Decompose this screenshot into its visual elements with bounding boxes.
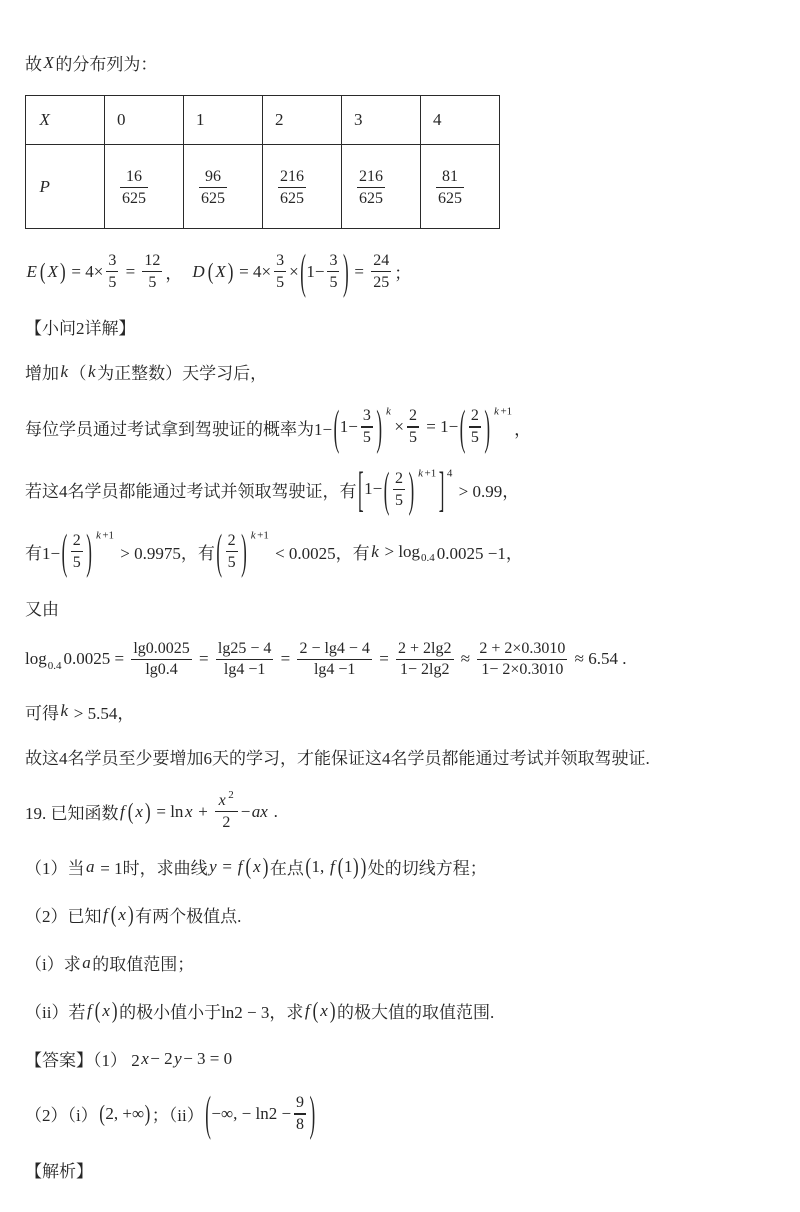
text: 625 — [280, 190, 304, 208]
fraction-denominator: 5 — [407, 429, 419, 447]
text: （ — [70, 359, 87, 384]
text: 5 — [471, 429, 479, 447]
text: 625 — [201, 190, 225, 208]
text: > log — [380, 542, 420, 562]
bracket-group: (1) — [337, 857, 359, 877]
fraction: 25 — [71, 532, 83, 571]
line-answer-2: （2）（i）(2, +∞)；（ii）(−∞, − ln2 −98) — [25, 1094, 770, 1133]
math-variable: k — [249, 531, 257, 542]
math-variable: x — [252, 857, 263, 877]
fraction-denominator: 8 — [294, 1116, 306, 1134]
line-subq2-header: 【小问2详解】 — [25, 314, 770, 339]
text: +1 — [425, 468, 437, 479]
group-body: 25 — [223, 532, 241, 571]
table-cell: 1 — [184, 96, 263, 145]
text: lg4 −1 — [314, 661, 355, 679]
math-variable: a — [85, 857, 97, 877]
bracket-group: (x) — [94, 1001, 118, 1021]
group-body: 1 — [344, 857, 353, 877]
fraction-denominator: 2 — [220, 814, 232, 832]
text: （1）当 — [25, 854, 85, 879]
math-variable: k — [59, 362, 70, 382]
fraction-denominator: 1− 2lg2 — [398, 661, 451, 679]
fraction: 16625 — [120, 168, 148, 207]
line-youyou: 又由 — [25, 595, 770, 620]
line-k-result: 可得k > 5.54， — [25, 699, 770, 724]
fraction-bar — [278, 187, 306, 188]
text: 625 — [438, 190, 462, 208]
open-delimiter: ( — [337, 855, 344, 878]
text: = — [195, 649, 213, 669]
math-variable: ax — [250, 802, 269, 822]
text: 5 — [73, 554, 81, 572]
text: lg0.0025 — [133, 640, 189, 658]
superscript: 4 — [447, 468, 453, 479]
math-variable: y — [173, 1049, 184, 1069]
text: ， — [165, 259, 191, 284]
open-delimiter: ( — [207, 260, 214, 283]
fraction-bar — [407, 426, 419, 427]
close-delimiter: ) — [484, 403, 491, 452]
text: . — [269, 802, 278, 822]
bracket-group: (25) — [383, 470, 414, 509]
text: 0 — [117, 110, 126, 130]
fraction-numerator: lg0.0025 — [131, 640, 191, 658]
open-delimiter: ( — [312, 999, 319, 1022]
text: 216 — [280, 168, 304, 186]
text: 3 — [108, 252, 116, 270]
open-delimiter: ( — [383, 465, 390, 514]
math-variable: f — [119, 802, 127, 822]
text: ；（ii） — [152, 1101, 204, 1126]
text: = 4× — [67, 262, 103, 282]
open-delimiter: ( — [99, 1102, 106, 1125]
text: ； — [394, 259, 411, 284]
open-delimiter: ( — [300, 247, 307, 296]
text: = — [121, 262, 139, 282]
text: 216 — [359, 168, 383, 186]
close-delimiter: ) — [59, 260, 66, 283]
superscript: k+1 — [94, 531, 114, 542]
text: ， — [514, 415, 531, 440]
text: 1 — [196, 110, 205, 130]
group-body: 1, f(1) — [312, 857, 361, 877]
open-delimiter: ( — [459, 403, 466, 452]
text: 1− — [340, 417, 358, 437]
text: 若这4名学员都能通过考试并领取驾驶证，有 — [25, 477, 357, 502]
table-cell: 81625 — [421, 145, 500, 229]
close-delimiter: ) — [342, 247, 349, 296]
text: = ln — [152, 802, 183, 822]
text: = 4× — [235, 262, 271, 282]
text: × — [289, 262, 299, 282]
fraction: 2 + 2lg21− 2lg2 — [396, 640, 453, 679]
text: 8 — [296, 1116, 304, 1134]
fraction-denominator: 25 — [371, 274, 391, 292]
fraction-denominator: 5 — [393, 492, 405, 510]
text: 为正整数）天学习后， — [97, 359, 267, 384]
text: +1 — [102, 531, 114, 542]
fraction-bar — [215, 811, 238, 812]
bracket-group: (X) — [207, 262, 234, 282]
math-variable: k — [94, 531, 102, 542]
fraction-bar — [120, 187, 148, 188]
fraction-denominator: 5 — [361, 429, 373, 447]
group-body: x — [134, 802, 145, 822]
line-answer-1: 【答案】（1） 2x− 2y− 3 = 0 — [25, 1046, 770, 1071]
fraction-bar — [297, 659, 372, 660]
fraction-numerator: 2 — [393, 470, 405, 488]
text: 增加 — [25, 359, 59, 384]
fraction-bar — [71, 551, 83, 552]
table-cell: X — [26, 96, 105, 145]
text: 3 — [354, 110, 363, 130]
text: 5 — [276, 274, 284, 292]
text: 0.4 — [421, 553, 435, 564]
fraction-denominator: lg0.4 — [143, 661, 179, 679]
math-variable: y — [208, 857, 219, 877]
subscript: 0.4 — [421, 553, 435, 564]
math-variable: k — [59, 701, 70, 721]
text: + — [194, 802, 212, 822]
fraction: 25 — [226, 532, 238, 571]
bracket-group: (25) — [61, 532, 92, 571]
line-analysis-header: 【解析】 — [25, 1157, 770, 1182]
table-cell: P — [26, 145, 105, 229]
math-variable: x — [117, 905, 128, 925]
fraction-denominator: lg4 −1 — [222, 661, 267, 679]
fraction-numerator: 3 — [361, 407, 373, 425]
group-body: x — [319, 1001, 330, 1021]
fraction: 98 — [294, 1094, 306, 1133]
bracket-group: (−∞, − ln2 −98) — [205, 1094, 316, 1133]
math-variable: f — [329, 857, 337, 877]
fraction-numerator: 2 — [226, 532, 238, 550]
math-variable: x — [217, 792, 227, 810]
document-body: 故X的分布列为：X01234P1662596625216625216625816… — [25, 50, 770, 1182]
text: 的极大值的取值范围. — [337, 998, 494, 1023]
bracket-group: [1−(25)k+1] — [358, 470, 445, 509]
group-body: X — [214, 262, 227, 282]
fraction-numerator: 2 — [71, 532, 83, 550]
math-variable: k — [417, 468, 425, 479]
text: 2 — [228, 532, 236, 550]
group-body: 25 — [390, 470, 408, 509]
fraction: 35 — [274, 252, 286, 291]
bracket-group: (x) — [245, 857, 269, 877]
math-variable: k — [87, 362, 98, 382]
close-delimiter: ) — [408, 465, 415, 514]
text: 1− 2lg2 — [400, 661, 449, 679]
text: 的分布列为： — [55, 50, 157, 75]
group-body: 25 — [68, 532, 86, 571]
fraction: lg0.0025lg0.4 — [131, 640, 191, 679]
open-delimiter: ( — [333, 403, 340, 452]
math-variable: x — [140, 1049, 151, 1069]
text: − 2 — [150, 1049, 172, 1069]
fraction-numerator: 3 — [327, 252, 339, 270]
math-variable: x — [319, 1001, 330, 1021]
close-delimiter: ] — [438, 465, 445, 514]
fraction-bar — [142, 271, 162, 272]
superscript: k — [385, 406, 393, 417]
group-body: 1−(25)k+1 — [364, 470, 438, 509]
fraction-bar — [274, 271, 286, 272]
group-body: X — [46, 262, 59, 282]
text: 2, +∞ — [105, 1104, 144, 1124]
line-q19-part1: （1）当a = 1时，求曲线y = f(x)在点(1, f(1))处的切线方程； — [25, 854, 770, 879]
fraction-bar — [469, 426, 481, 427]
bracket-group: (x) — [127, 802, 151, 822]
group-body: −∞, − ln2 −98 — [211, 1094, 309, 1133]
text: 2 − lg4 − 4 — [299, 640, 370, 658]
fraction-numerator: 12 — [142, 252, 162, 270]
text: = 1时，求曲线 — [96, 854, 208, 879]
fraction-bar — [327, 271, 339, 272]
text: log — [25, 649, 47, 669]
superscript: k+1 — [249, 531, 269, 542]
math-variable: k — [493, 406, 501, 417]
text: − — [241, 802, 251, 822]
fraction-numerator: 216 — [278, 168, 306, 186]
text: ≈ 6.54 . — [570, 649, 626, 669]
fraction-bar — [371, 271, 391, 272]
text: lg4 −1 — [224, 661, 265, 679]
math-variable: X — [214, 262, 227, 282]
text: 24 — [373, 252, 389, 270]
superscript: k+1 — [493, 406, 513, 417]
document-page: 故X的分布列为：X01234P1662596625216625216625816… — [25, 50, 770, 1182]
text: × — [394, 417, 404, 437]
group-body: x — [252, 857, 263, 877]
fraction: 35 — [106, 252, 118, 291]
fraction-numerator: 2 + 2lg2 — [396, 640, 453, 658]
math-variable: X — [38, 110, 51, 130]
text: 1, — [312, 857, 329, 877]
fraction-bar — [396, 659, 453, 660]
text: 19. 已知函数 — [25, 799, 119, 824]
text: 9 — [296, 1094, 304, 1112]
fraction-denominator: 625 — [436, 190, 464, 208]
text: 5 — [329, 274, 337, 292]
bracket-group: (2, +∞) — [99, 1104, 151, 1124]
fraction-numerator: 3 — [106, 252, 118, 270]
fraction-bar — [294, 1113, 306, 1114]
open-delimiter: ( — [61, 527, 68, 576]
text: （2）已知 — [25, 902, 102, 927]
superscript: 2 — [228, 790, 234, 801]
fraction: 25 — [469, 407, 481, 446]
text: = — [350, 262, 368, 282]
group-body: 1−35 — [306, 252, 342, 291]
line-log-calculation: log0.40.0025 = lg0.0025lg0.4 = lg25 − 4l… — [25, 640, 770, 679]
text: 又由 — [25, 595, 59, 620]
fraction-bar — [393, 489, 405, 490]
close-delimiter: ) — [227, 260, 234, 283]
text: +1 — [500, 406, 512, 417]
close-delimiter: ) — [144, 1102, 151, 1125]
bracket-group: (25) — [459, 407, 490, 446]
line-q19-part2-i: （i）求a的取值范围； — [25, 950, 770, 975]
line-dist-intro: 故X的分布列为： — [25, 50, 770, 75]
text: = 1− — [422, 417, 458, 437]
fraction-numerator: 9 — [294, 1094, 306, 1112]
text: 5 — [228, 554, 236, 572]
close-delimiter: ) — [241, 527, 248, 576]
text: > 0.9975，有 — [116, 539, 215, 564]
text: 5 — [409, 429, 417, 447]
math-variable: k — [370, 542, 381, 562]
math-variable: a — [81, 953, 93, 973]
text: ≈ — [457, 649, 475, 669]
bracket-group: (1−35) — [300, 252, 349, 291]
fraction-bar — [216, 659, 273, 660]
text: −∞, − ln2 − — [211, 1104, 291, 1124]
close-delimiter: ) — [309, 1089, 316, 1138]
math-variable: D — [191, 262, 206, 282]
math-variable: f — [102, 905, 110, 925]
text: 5 — [108, 274, 116, 292]
close-delimiter: ) — [360, 855, 367, 878]
fraction-denominator: 625 — [120, 190, 148, 208]
text: 5 — [363, 429, 371, 447]
fraction-numerator: 24 — [371, 252, 391, 270]
table-cell: 0 — [105, 96, 184, 145]
text: 81 — [442, 168, 458, 186]
text: 1− 2×0.3010 — [481, 661, 563, 679]
text: > 5.54， — [70, 699, 135, 724]
text: 0.0025 −1， — [437, 539, 523, 564]
text: 2 + 2lg2 — [398, 640, 451, 658]
math-variable: E — [25, 262, 38, 282]
text: lg25 − 4 — [218, 640, 271, 658]
fraction-numerator: 2 − lg4 − 4 — [297, 640, 372, 658]
close-delimiter: ) — [111, 999, 118, 1022]
close-delimiter: ) — [144, 800, 151, 823]
math-variable: P — [38, 177, 51, 197]
fraction: x22 — [215, 792, 238, 831]
open-delimiter: ( — [127, 800, 134, 823]
text: > 0.99， — [454, 477, 519, 502]
math-variable: f — [303, 1001, 311, 1021]
line-expectation-variance: E(X) = 4×35 = 125， D(X) = 4×35×(1−35) = … — [25, 252, 770, 291]
text: − 3 = 0 — [183, 1049, 232, 1069]
math-variable: k — [385, 406, 393, 417]
fraction-numerator: 81 — [440, 168, 460, 186]
close-delimiter: ) — [262, 855, 269, 878]
line-q19-part2: （2）已知f(x)有两个极值点. — [25, 902, 770, 927]
table-cell: 3 — [342, 96, 421, 145]
math-variable: f — [236, 857, 244, 877]
fraction: 2425 — [371, 252, 391, 291]
close-delimiter: ) — [352, 855, 359, 878]
fraction-denominator: 625 — [278, 190, 306, 208]
open-delimiter: ( — [94, 999, 101, 1022]
text: 1− — [364, 479, 382, 499]
line-add-k-days: 增加k（k为正整数）天学习后， — [25, 359, 770, 384]
text: 2 — [73, 532, 81, 550]
line-prob-formula: 每位学员通过考试拿到驾驶证的概率为1−(1−35)k×25 = 1−(25)k+… — [25, 407, 770, 446]
text: 2 — [471, 407, 479, 425]
math-variable: X — [42, 53, 55, 73]
close-delimiter: ) — [376, 403, 383, 452]
table-cell: 216625 — [263, 145, 342, 229]
math-variable: x — [101, 1001, 112, 1021]
fraction: 25 — [393, 470, 405, 509]
text: 4 — [447, 468, 453, 479]
fraction: 35 — [361, 407, 373, 446]
text: = — [375, 649, 393, 669]
fraction-bar — [106, 271, 118, 272]
text: +1 — [257, 531, 269, 542]
text: 有两个极值点. — [135, 902, 241, 927]
text: < 0.0025，有 — [271, 539, 370, 564]
open-delimiter: ( — [110, 903, 117, 926]
open-delimiter: [ — [358, 465, 365, 514]
text: 25 — [373, 274, 389, 292]
text: 2 + 2×0.3010 — [479, 640, 565, 658]
text: 【小问2详解】 — [25, 314, 136, 339]
fraction: 2 + 2×0.30101− 2×0.3010 — [477, 640, 567, 679]
bracket-group: (25) — [216, 532, 247, 571]
text: 2 — [222, 814, 230, 832]
text: 【答案】（1） 2 — [25, 1046, 140, 1071]
text: 2 — [395, 470, 403, 488]
text: 每位学员通过考试拿到驾驶证的概率为1− — [25, 415, 332, 440]
math-variable: x — [134, 802, 145, 822]
fraction-denominator: 5 — [226, 554, 238, 572]
fraction-numerator: x2 — [215, 792, 238, 810]
text: 0.4 — [48, 661, 62, 672]
close-delimiter: ) — [127, 903, 134, 926]
fraction: 96625 — [199, 168, 227, 207]
text: 处的切线方程； — [368, 854, 487, 879]
text: 16 — [126, 168, 142, 186]
fraction-denominator: 625 — [199, 190, 227, 208]
line-q19: 19. 已知函数f(x) = lnx + x22−ax . — [25, 792, 770, 831]
fraction: 2 − lg4 − 4lg4 −1 — [297, 640, 372, 679]
table-row: P166259662521662521662581625 — [26, 145, 500, 229]
table-cell: 16625 — [105, 145, 184, 229]
fraction-numerator: 2 — [469, 407, 481, 425]
text: 3 — [276, 252, 284, 270]
text: 96 — [205, 168, 221, 186]
text: = — [276, 649, 294, 669]
text: 1 — [344, 857, 353, 877]
fraction-bar — [199, 187, 227, 188]
fraction-bar — [477, 659, 567, 660]
open-delimiter: ( — [216, 527, 223, 576]
group-body: 1−35 — [340, 407, 376, 446]
table-cell: 4 — [421, 96, 500, 145]
close-delimiter: ) — [329, 999, 336, 1022]
text: 3 — [363, 407, 371, 425]
fraction-denominator: 5 — [469, 429, 481, 447]
fraction-denominator: 5 — [146, 274, 158, 292]
close-delimiter: ) — [86, 527, 93, 576]
text: 故这4名学员至少要增加6天的学习，才能保证这4名学员都能通过考试并领取驾驶证. — [25, 744, 650, 769]
fraction-denominator: 625 — [357, 190, 385, 208]
line-conclusion: 故这4名学员至少要增加6天的学习，才能保证这4名学员都能通过考试并领取驾驶证. — [25, 744, 770, 769]
fraction-numerator: 2 + 2×0.3010 — [477, 640, 567, 658]
text: 625 — [359, 190, 383, 208]
fraction-bar — [361, 426, 373, 427]
fraction-denominator: 5 — [274, 274, 286, 292]
group-body: x — [101, 1001, 112, 1021]
distribution-table: X01234P166259662521662521662581625 — [25, 95, 500, 229]
fraction-numerator: 216 — [357, 168, 385, 186]
fraction: 81625 — [436, 168, 464, 207]
